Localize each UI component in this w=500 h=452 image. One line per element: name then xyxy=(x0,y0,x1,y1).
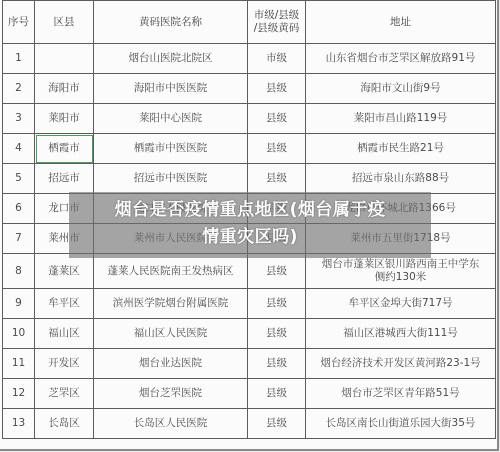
selected-cell-district[interactable]: 栖霞市 xyxy=(35,134,94,164)
cell-level: 县级 xyxy=(248,74,306,104)
cell-no: 7 xyxy=(3,224,35,254)
cell-address: 栖霞市民生路21号 xyxy=(306,134,496,164)
cell-district: 开发区 xyxy=(35,349,94,379)
cell-district: 牟平区 xyxy=(35,289,94,319)
cell-level: 县级 xyxy=(248,349,306,379)
cell-address: 牟平区金埠大街717号 xyxy=(306,289,496,319)
table-row: 2 海阳市 海阳市中医医院 县级 海阳市文山街9号 xyxy=(3,74,496,104)
cell-district: 招远市 xyxy=(35,164,94,194)
cell-hospital: 烟台芝罘医院 xyxy=(94,379,248,409)
cell-district xyxy=(35,44,94,74)
cell-level: 县级 xyxy=(248,319,306,349)
overlay-title-line1: 烟台是否疫情重点地区(烟台属于疫 xyxy=(69,197,431,224)
cell-no: 3 xyxy=(3,104,35,134)
cell-address: 福山区港城西大街111号 xyxy=(306,319,496,349)
cell-hospital: 莱阳中心医院 xyxy=(94,104,248,134)
cell-hospital: 海阳市中医医院 xyxy=(94,74,248,104)
cell-level: 县级 xyxy=(248,409,306,439)
cell-address: 海阳市文山街9号 xyxy=(306,74,496,104)
cell-level: 市级 xyxy=(248,44,306,74)
cell-hospital: 栖霞市中医医院 xyxy=(94,134,248,164)
overlay-title-line2: 情重灾区吗) xyxy=(69,224,431,251)
cell-address: 烟台市蓬莱区银川路西南王中学东侧约130米 xyxy=(306,254,496,289)
header-level-line2: /县级黄码 xyxy=(250,22,303,35)
cell-district: 海阳市 xyxy=(35,74,94,104)
title-overlay: 烟台是否疫情重点地区(烟台属于疫 情重灾区吗) xyxy=(69,197,431,251)
header-address: 地址 xyxy=(306,1,496,44)
cell-no: 4 xyxy=(3,134,35,164)
table-row: 12 芝罘区 烟台芝罘医院 县级 烟台市芝罘区青年路51号 xyxy=(3,379,496,409)
header-hospital: 黄码医院名称 xyxy=(94,1,248,44)
cell-hospital: 烟台业达医院 xyxy=(94,349,248,379)
cell-no: 5 xyxy=(3,164,35,194)
cell-address: 烟台经济技术开发区黄河路23-1号 xyxy=(306,349,496,379)
cell-address: 招远市泉山东路88号 xyxy=(306,164,496,194)
cell-level: 县级 xyxy=(248,289,306,319)
header-no: 序号 xyxy=(3,1,35,44)
cell-no: 6 xyxy=(3,194,35,224)
cell-no: 10 xyxy=(3,319,35,349)
table-row: 13 长岛区 长岛区人民医院 县级 长岛区南长山街道乐园大街35号 xyxy=(3,409,496,439)
table-row: 8 蓬莱区 蓬莱人民医院南王发热病区 县级 烟台市蓬莱区银川路西南王中学东侧约1… xyxy=(3,254,496,289)
cell-level: 县级 xyxy=(248,104,306,134)
cell-level: 县级 xyxy=(248,134,306,164)
header-district: 区县 xyxy=(35,1,94,44)
cell-district: 莱阳市 xyxy=(35,104,94,134)
cell-hospital: 招远市中医医院 xyxy=(94,164,248,194)
cell-no: 9 xyxy=(3,289,35,319)
cell-district: 长岛区 xyxy=(35,409,94,439)
table-row: 5 招远市 招远市中医医院 县级 招远市泉山东路88号 xyxy=(3,164,496,194)
cell-hospital: 烟台山医院北院区 xyxy=(94,44,248,74)
cell-no: 13 xyxy=(3,409,35,439)
table-row: 10 福山区 福山区人民医院 县级 福山区港城西大街111号 xyxy=(3,319,496,349)
cell-level: 县级 xyxy=(248,379,306,409)
cell-no: 2 xyxy=(3,74,35,104)
cell-address: 山东省烟台市芝罘区解放路91号 xyxy=(306,44,496,74)
table-row: 1 烟台山医院北院区 市级 山东省烟台市芝罘区解放路91号 xyxy=(3,44,496,74)
cell-hospital: 福山区人民医院 xyxy=(94,319,248,349)
cell-address: 长岛区南长山街道乐园大街35号 xyxy=(306,409,496,439)
cell-address: 莱阳市昌山路119号 xyxy=(306,104,496,134)
cell-address: 烟台市芝罘区青年路51号 xyxy=(306,379,496,409)
header-level: 市级/县级 /县级黄码 xyxy=(248,1,306,44)
cell-hospital: 滨州医学院烟台附属医院 xyxy=(94,289,248,319)
table-row: 11 开发区 烟台业达医院 县级 烟台经济技术开发区黄河路23-1号 xyxy=(3,349,496,379)
table-row: 9 牟平区 滨州医学院烟台附属医院 县级 牟平区金埠大街717号 xyxy=(3,289,496,319)
cell-district: 福山区 xyxy=(35,319,94,349)
cell-no: 1 xyxy=(3,44,35,74)
cell-no: 11 xyxy=(3,349,35,379)
cell-hospital: 蓬莱人民医院南王发热病区 xyxy=(94,254,248,289)
cell-hospital: 长岛区人民医院 xyxy=(94,409,248,439)
cell-level: 县级 xyxy=(248,254,306,289)
table-row: 4 栖霞市 栖霞市中医医院 县级 栖霞市民生路21号 xyxy=(3,134,496,164)
cell-level: 县级 xyxy=(248,164,306,194)
header-level-line1: 市级/县级 xyxy=(250,9,303,22)
cell-district: 蓬莱区 xyxy=(35,254,94,289)
cell-no: 8 xyxy=(3,254,35,289)
cell-district: 芝罘区 xyxy=(35,379,94,409)
table-row: 3 莱阳市 莱阳中心医院 县级 莱阳市昌山路119号 xyxy=(3,104,496,134)
cell-no: 12 xyxy=(3,379,35,409)
header-row: 序号 区县 黄码医院名称 市级/县级 /县级黄码 地址 xyxy=(3,1,496,44)
